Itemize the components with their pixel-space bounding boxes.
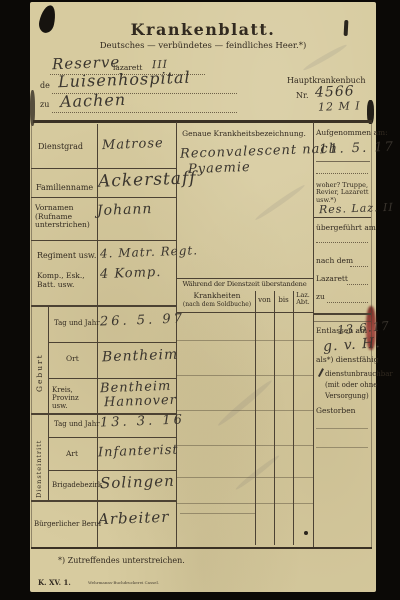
uebergefuehrt-label: übergeführt am xyxy=(316,224,376,233)
row-line xyxy=(48,342,176,343)
row-line xyxy=(31,240,176,241)
scanned-krankenblatt-form: Krankenblatt. Deutsches — verbündetes — … xyxy=(0,0,400,600)
gestorben-label: Gestorben xyxy=(316,407,355,416)
diensteintritt-section-label: Diensteintritt xyxy=(36,418,43,498)
geburt-ort-label: Ort xyxy=(66,355,79,364)
table-border-right xyxy=(371,122,372,547)
vornamen-value: Johann xyxy=(97,201,153,219)
art-value: Infanterist xyxy=(98,443,179,461)
faint-row-line xyxy=(176,477,313,478)
book-number-handwriting: 4566 xyxy=(315,83,355,100)
table-bottom-rule xyxy=(31,547,372,549)
row-line xyxy=(313,217,371,218)
geburt-kreis-label: Kreis, Provinz usw. xyxy=(52,386,94,410)
dienstunbrauchbar-label-1: dienstunbrauchbar xyxy=(325,370,393,378)
brigadebezirk-value: Solingen xyxy=(100,472,175,493)
dienstgrad-label: Dienstgrad xyxy=(38,142,83,151)
table-border-left xyxy=(31,122,32,547)
zu-label: zu xyxy=(40,100,49,109)
fill-line xyxy=(316,241,368,243)
geburt-kreis-value-2: Hannover xyxy=(104,393,177,411)
beruf-label: Bürgerlicher Beruf xyxy=(34,520,101,528)
beruf-value: Arbeiter xyxy=(98,508,170,528)
fill-line xyxy=(316,161,370,162)
subcolumn-divider xyxy=(293,291,294,545)
fill-line xyxy=(327,301,368,303)
col-von-label: von xyxy=(255,296,274,304)
aufgenommen-label: Aufgenommen am: xyxy=(316,129,388,138)
geburt-section-label: Geburt xyxy=(36,330,45,392)
regiment-label: Regiment usw. xyxy=(37,251,96,260)
row-line xyxy=(31,305,176,307)
faint-inset-line xyxy=(180,513,255,514)
faint-row-line xyxy=(176,340,313,341)
col-krankheiten-sub-label: (nach dem Soldbuche) xyxy=(178,302,256,309)
diagnosis-handwriting-2: Pyaemie xyxy=(188,160,251,177)
form-subtitle: Deutsches — verbündetes — feindliches He… xyxy=(30,42,376,52)
row-line xyxy=(313,313,371,315)
geburt-ort-value: Bentheim xyxy=(102,347,179,366)
diensteintritt-tag-value: 13. 3. 16 xyxy=(100,413,185,431)
form-code: K. XV. 1. xyxy=(38,579,71,587)
kompanie-label: Komp., Esk., Batt. usw. xyxy=(37,272,93,289)
column-divider xyxy=(313,122,314,547)
ink-dot xyxy=(304,531,308,535)
fill-line xyxy=(316,172,368,174)
book-subnumber-handwriting: 12 M I xyxy=(318,99,361,113)
row-line xyxy=(31,500,176,502)
geburt-tag-value: 26. 5. 97 xyxy=(100,312,185,330)
dienstunbrauchbar-label-2: (mit oder ohne xyxy=(325,381,377,389)
fill-line xyxy=(52,111,237,113)
city-handwriting: Aachen xyxy=(60,90,127,111)
footnote: *) Zutreffendes unterstreichen. xyxy=(58,556,185,565)
faint-row-line xyxy=(176,410,313,411)
faint-row-line xyxy=(316,428,368,429)
familienname-value: Ackerstaff xyxy=(98,168,197,191)
row-line xyxy=(176,278,313,279)
aufgenommen-value: 11. 5. 17 xyxy=(319,140,395,158)
dienstgrad-value: Matrose xyxy=(102,136,164,153)
zu-dest-label: zu xyxy=(316,293,325,302)
diensteintritt-tag-label: Tag und Jahr xyxy=(54,420,100,428)
vornamen-label: Vornamen (Rufname unterstrichen) xyxy=(35,204,93,230)
row-line xyxy=(48,470,176,471)
dienstfaehig-label: als*) dienstfähig xyxy=(316,356,378,365)
col-krankheiten-label: Krankheiten xyxy=(180,292,254,301)
faint-row-line xyxy=(316,447,368,448)
woher-value: Res. Laz. II xyxy=(319,201,394,217)
col-laz-abt-label: Laz. Abt. xyxy=(293,292,313,307)
subcolumn-divider xyxy=(274,291,275,545)
de-label: de xyxy=(40,81,50,90)
row-line xyxy=(31,197,176,198)
fill-line xyxy=(347,283,368,285)
row-line xyxy=(48,437,176,438)
nach-dem-label: nach dem xyxy=(316,257,353,266)
lazarett-dest-label: Lazarett xyxy=(316,275,348,284)
nr-label: Nr. xyxy=(296,91,309,100)
familienname-label: Familienname xyxy=(36,183,93,192)
fill-line xyxy=(350,265,368,267)
faint-row-line xyxy=(176,375,313,376)
kompanie-value: 4 Komp. xyxy=(100,265,162,282)
form-title: Krankenblatt. xyxy=(30,21,376,39)
printer-mark: Wehrmanns-Buchdruckerei Cassel. xyxy=(88,581,159,586)
geburt-tag-label: Tag und Jahr xyxy=(54,319,100,327)
faint-row-line xyxy=(176,503,313,504)
diagnosis-header: Genaue Krankheitsbezeichnung. xyxy=(177,130,311,139)
art-label: Art xyxy=(66,450,78,459)
krankheiten-table-header: Während der Dienstzeit überstandene xyxy=(176,281,313,289)
brigadebezirk-label: Brigadebezirk xyxy=(52,481,102,489)
dienstunbrauchbar-label-3: Versorgung) xyxy=(325,392,369,400)
subcolumn-divider xyxy=(255,291,256,545)
header-rule xyxy=(33,120,372,123)
faint-row-line xyxy=(176,445,313,446)
col-bis-label: bis xyxy=(274,296,293,304)
